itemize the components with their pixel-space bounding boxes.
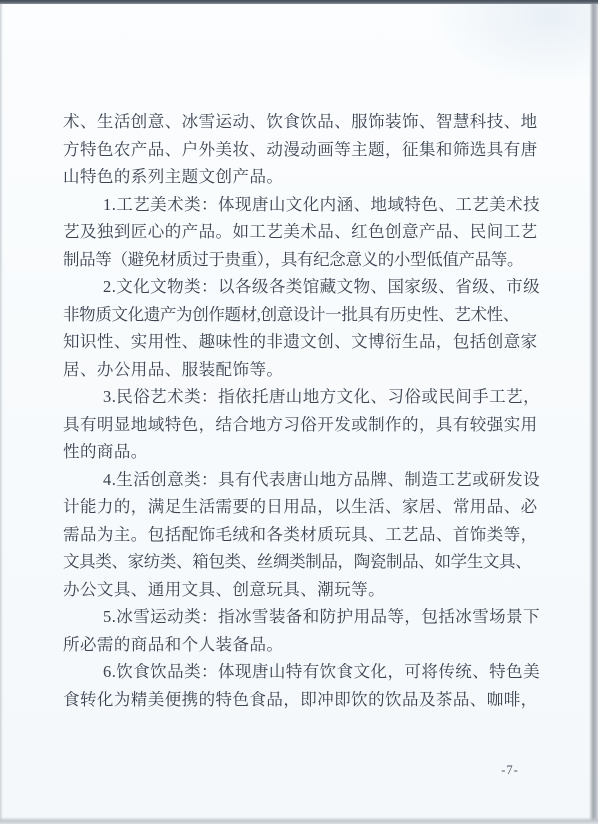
document-line: 办公文具、通用文具、创意玩具、潮玩等。 (63, 576, 541, 604)
document-line: 所必需的商品和个人装备品。 (63, 631, 541, 659)
document-line-item-4: 4.生活创意类：具有代表唐山地方品牌、制造工艺或研发设 (63, 466, 541, 494)
document-line: 知识性、实用性、趣味性的非遗文创、文博衍生品，包括创意家 (63, 328, 541, 356)
document-line: 需品为主。包括配饰毛绒和各类材质玩具、工艺品、首饰类等， (63, 521, 541, 549)
document-line-item-1: 1.工艺美术类：体现唐山文化内涵、地域特色、工艺美术技 (63, 191, 541, 219)
document-line: 性的商品。 (63, 438, 541, 466)
scan-edge-top (0, 0, 598, 4)
scan-edge-left (0, 3, 3, 824)
document-line: 制品等（避免材质过于贵重），具有纪念意义的小型低值产品等。 (63, 246, 541, 274)
document-line: 食转化为精美便携的特色食品，即冲即饮的饮品及茶品、咖啡， (63, 686, 541, 714)
document-line-item-5: 5.冰雪运动类：指冰雪装备和防护用品等，包括冰雪场景下 (63, 603, 541, 631)
document-line: 方特色农产品、户外美妆、动漫动画等主题，征集和筛选具有唐 (63, 136, 541, 164)
document-line: 山特色的系列主题文创产品。 (63, 163, 541, 191)
document-line: 居、办公用品、服装配饰等。 (63, 356, 541, 384)
scan-edge-bottom (0, 817, 598, 824)
document-line: 非物质文化遗产为创作题材,创意设计一批具有历史性、艺术性、 (63, 301, 541, 329)
scan-edge-right (589, 3, 598, 824)
document-line-item-6: 6.饮食饮品类：体现唐山特有饮食文化，可将传统、特色美 (63, 658, 541, 686)
document-line: 艺及独到匠心的产品。如工艺美术品、红色创意产品、民间工艺 (63, 218, 541, 246)
document-line: 具有明显地域特色，结合地方习俗开发或制作的，具有较强实用 (63, 411, 541, 439)
page-number: -7- (486, 763, 534, 778)
document-line: 术、生活创意、冰雪运动、饮食饮品、服饰装饰、智慧科技、地 (63, 108, 541, 136)
document-line-item-3: 3.民俗艺术类：指依托唐山地方文化、习俗或民间手工艺， (63, 383, 541, 411)
scanned-document-page: 术、生活创意、冰雪运动、饮食饮品、服饰装饰、智慧科技、地 方特色农产品、户外美妆… (0, 0, 598, 824)
document-line: 计能力的，满足生活需要的日用品，以生活、家居、常用品、必 (63, 493, 541, 521)
scan-smudge (429, 4, 589, 84)
document-body: 术、生活创意、冰雪运动、饮食饮品、服饰装饰、智慧科技、地 方特色农产品、户外美妆… (63, 108, 541, 713)
document-line-item-2: 2.文化文物类：以各级各类馆藏文物、国家级、省级、市级 (63, 273, 541, 301)
document-line: 文具类、家纺类、箱包类、丝绸类制品，陶瓷制品、如学生文具、 (63, 548, 541, 576)
